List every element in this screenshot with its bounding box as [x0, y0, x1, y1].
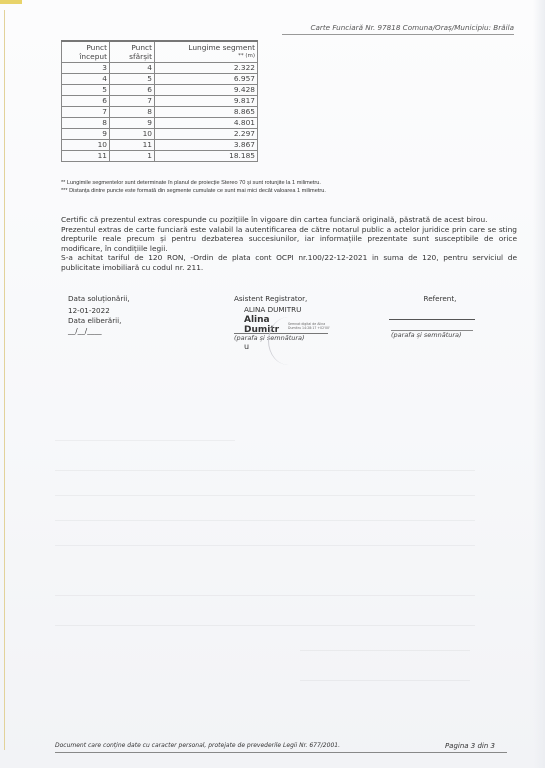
- col-segment-length: Lungime segment ** (m): [155, 41, 258, 63]
- document-header: Carte Funciară Nr. 97818 Comuna/Oraș/Mun…: [282, 23, 514, 35]
- release-date: __/__/____: [68, 325, 130, 336]
- start-point-cell: 6: [62, 96, 110, 107]
- release-date-label: Data eliberării,: [68, 316, 130, 325]
- table-row: 342.322: [62, 63, 258, 74]
- referent-title: Referent,: [396, 293, 484, 305]
- dates-block: Data soluționării, 12-01-2022 Data elibe…: [68, 293, 130, 336]
- start-point-cell: 4: [62, 74, 110, 85]
- referent-signature-line: [389, 319, 475, 320]
- length-cell: 9.817: [155, 96, 258, 107]
- fee-paragraph: S-a achitat tariful de 120 RON, -Ordin d…: [61, 253, 517, 272]
- start-point-cell: 11: [62, 151, 110, 162]
- start-point-cell: 8: [62, 118, 110, 129]
- length-cell: 8.865: [155, 107, 258, 118]
- digital-signature-stamp: Semnat digital de Alina Dumitru 14:28:17…: [288, 322, 338, 330]
- paper-edge-top: [0, 0, 22, 4]
- solution-date-label: Data soluționării,: [68, 293, 130, 305]
- validity-paragraph: Prezentul extras de carte funciară este …: [61, 225, 517, 254]
- start-point-cell: 10: [62, 140, 110, 151]
- page-number: Pagina 3 din 3: [445, 742, 495, 750]
- table-row: 11118.185: [62, 151, 258, 162]
- table-row: 679.817: [62, 96, 258, 107]
- table-row: 894.801: [62, 118, 258, 129]
- table-row: 9102.297: [62, 129, 258, 140]
- document-page: Carte Funciară Nr. 97818 Comuna/Oraș/Mun…: [0, 0, 545, 768]
- end-point-cell: 4: [110, 63, 155, 74]
- length-cell: 2.297: [155, 129, 258, 140]
- end-point-cell: 11: [110, 140, 155, 151]
- registrar-name: ALINA DUMITRU: [234, 305, 344, 315]
- table-row: 456.957: [62, 74, 258, 85]
- table-row: 10113.867: [62, 140, 258, 151]
- end-point-cell: 8: [110, 107, 155, 118]
- end-point-cell: 1: [110, 151, 155, 162]
- start-point-cell: 9: [62, 129, 110, 140]
- certification-text: Certific că prezentul extras corespunde …: [61, 215, 517, 273]
- length-cell: 2.322: [155, 63, 258, 74]
- segment-table: Punct început Punct sfârșit Lungime segm…: [61, 40, 258, 162]
- end-point-cell: 7: [110, 96, 155, 107]
- note-segment-lengths: ** Lungimile segmentelor sunt determinat…: [61, 180, 461, 188]
- col-end-point: Punct sfârșit: [110, 41, 155, 63]
- certification-paragraph: Certific că prezentul extras corespunde …: [61, 215, 517, 225]
- referent-parafa-caption: (parafa și semnătura): [391, 330, 473, 339]
- segment-table-header: Punct început Punct sfârșit Lungime segm…: [62, 41, 258, 63]
- col-start-point: Punct început: [62, 41, 110, 63]
- start-point-cell: 3: [62, 63, 110, 74]
- table-row: 788.865: [62, 107, 258, 118]
- start-point-cell: 7: [62, 107, 110, 118]
- length-cell: 9.428: [155, 85, 258, 96]
- privacy-disclaimer: Document care conține date cu caracter p…: [55, 742, 340, 750]
- length-cell: 4.801: [155, 118, 258, 129]
- length-cell: 3.867: [155, 140, 258, 151]
- end-point-cell: 6: [110, 85, 155, 96]
- length-cell: 6.957: [155, 74, 258, 85]
- start-point-cell: 5: [62, 85, 110, 96]
- end-point-cell: 10: [110, 129, 155, 140]
- bleed-through-shadow: [50, 420, 490, 720]
- page-footer: Document care conține date cu caracter p…: [55, 742, 507, 753]
- paper-edge-left: [4, 10, 5, 750]
- paper-edge-right: [533, 0, 545, 768]
- note-point-distance: *** Distanța dintre puncte este formată …: [61, 188, 461, 196]
- registrar-title: Asistent Registrator,: [234, 293, 344, 305]
- segment-table-body: 342.322456.957569.428679.817788.865894.8…: [62, 63, 258, 162]
- referent-block: Referent, (parafa și semnătura): [388, 293, 508, 339]
- solution-date: 12-01-2022: [68, 305, 130, 317]
- end-point-cell: 5: [110, 74, 155, 85]
- table-row: 569.428: [62, 85, 258, 96]
- length-cell: 18.185: [155, 151, 258, 162]
- end-point-cell: 9: [110, 118, 155, 129]
- table-notes: ** Lungimile segmentelor sunt determinat…: [61, 180, 461, 195]
